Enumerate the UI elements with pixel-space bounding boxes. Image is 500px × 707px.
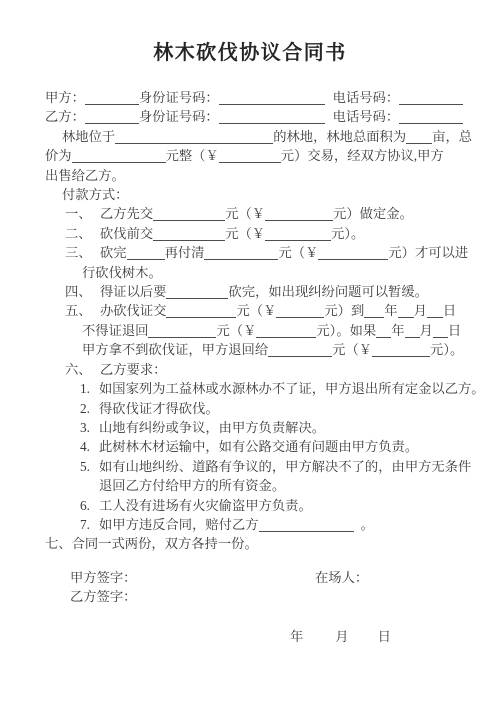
- clause-text: 砍完，如出现纠纷问题可以暂缓。: [228, 284, 427, 299]
- contract-page: 林木砍伐协议合同书 甲方：身份证号码：电话号码： 乙方：身份证号码：电话号码： …: [0, 0, 500, 707]
- month-blank: [398, 304, 414, 318]
- clause-text: 元（￥: [216, 323, 256, 338]
- return-amount-blank: [268, 343, 332, 357]
- item-text: 。: [361, 517, 374, 532]
- intro-text: 价为: [45, 148, 72, 163]
- refund-yuan-blank: [256, 324, 316, 338]
- intro-text: 元整（￥: [166, 148, 219, 163]
- clause-text: 元（￥: [225, 206, 265, 221]
- item-text: 工人没有进场有火灾偷盗甲方负责。: [99, 498, 312, 513]
- clause-text: 不得证退回: [82, 323, 148, 338]
- clause-text: 乙方先交: [100, 206, 153, 221]
- prefell-amount-blank: [153, 227, 225, 241]
- clause-6-heading: 六、乙方要求：: [45, 360, 466, 379]
- party-b-phone-blank: [399, 110, 463, 124]
- final-amount-blank: [204, 246, 278, 260]
- compensation-blank: [259, 518, 354, 532]
- signature-row-a: 甲方签字： 在场人：: [45, 568, 466, 587]
- price-yuan-blank: [219, 149, 281, 163]
- date-day-label: 日: [378, 627, 391, 646]
- item-text: 如甲方违反合同，赔付乙方: [99, 517, 259, 532]
- item-number: 2.: [80, 399, 99, 418]
- intro-text: 元）交易，经双方协议,甲方: [281, 148, 444, 163]
- payment-heading: 付款方式：: [45, 185, 466, 204]
- payment-heading-text: 付款方式：: [62, 187, 128, 202]
- item-text: 此树林木材运输中，如有公路交通有问题由甲方负责。: [99, 439, 418, 454]
- party-a-id-label: 身份证号码：: [139, 90, 219, 105]
- item-number: 1.: [80, 379, 99, 398]
- requirement-7: 7.如甲方违反合同，赔付乙方。: [45, 515, 466, 534]
- month-label: 月: [414, 303, 427, 318]
- date-year-label: 年: [290, 627, 303, 646]
- intro-text: 出售给乙方。: [45, 168, 125, 183]
- party-a-name-blank: [85, 91, 139, 105]
- clause-3-line-1: 三、砍完再付清元（￥元）才可以进: [45, 243, 466, 262]
- party-b-signature-label: 乙方签字：: [70, 589, 136, 604]
- clause-5-number: 五、: [65, 301, 100, 320]
- item-text: 如有山地纠纷、道路有争议的，甲方解决不了的，由甲方无条件: [99, 459, 471, 474]
- party-b-row: 乙方：身份证号码：电话号码：: [45, 107, 466, 126]
- clause-text: 甲方拿不到砍伐证，甲方退回给: [82, 342, 268, 357]
- clause-text: 元（￥: [332, 342, 372, 357]
- intro-text: 林地位于: [62, 129, 115, 144]
- clause-text: 元（￥: [236, 303, 276, 318]
- party-a-label: 甲方：: [45, 90, 85, 105]
- party-a-row: 甲方：身份证号码：电话号码：: [45, 88, 466, 107]
- item-number: 3.: [80, 418, 99, 437]
- clause-text: 行砍伐树木。: [82, 265, 162, 280]
- year-blank: [364, 304, 384, 318]
- clause-text: 元）做定金。: [333, 206, 413, 221]
- prefell-yuan-blank: [265, 227, 331, 241]
- requirement-5-line-2: 退回乙方付给甲方的所有资金。: [45, 476, 466, 495]
- return-yuan-blank: [372, 343, 430, 357]
- requirement-1: 1.如国家列为工益林或水源林办不了证，甲方退出所有定金以乙方。: [45, 379, 466, 398]
- clause-2: 二、砍伐前交元（￥元）。: [45, 224, 466, 243]
- clause-3-line-2: 行砍伐树木。: [45, 263, 466, 282]
- item-text: 得砍伐证才得砍伐。: [99, 401, 219, 416]
- intro-text: 的林地，林地总面积为: [273, 129, 406, 144]
- party-b-id-blank: [219, 110, 325, 124]
- requirement-2: 2.得砍伐证才得砍伐。: [45, 399, 466, 418]
- clause-1-number: 一、: [65, 204, 100, 223]
- clause-text: 砍伐前交: [100, 226, 153, 241]
- signature-row-b: 乙方签字：: [45, 587, 466, 606]
- day-label: 日: [448, 323, 461, 338]
- clause-text: 元）才可以进: [388, 245, 468, 260]
- clause-7-number: 七、: [45, 536, 72, 551]
- requirement-6: 6.工人没有进场有火灾偷盗甲方负责。: [45, 496, 466, 515]
- clause-5-line-3: 甲方拿不到砍伐证，甲方退回给元（￥元）。: [45, 340, 466, 359]
- date-line: 年月日: [45, 627, 466, 646]
- item-text: 如国家列为工益林或水源林办不了证，甲方退出所有定金以乙方。: [99, 381, 485, 396]
- clause-text: 乙方要求：: [100, 362, 166, 377]
- clause-5-line-1: 五、办砍伐证交元（￥元）到年月日: [45, 301, 466, 320]
- party-b-name-blank: [85, 110, 139, 124]
- party-a-signature-label: 甲方签字：: [70, 570, 136, 585]
- clause-text: 再付清: [165, 245, 205, 260]
- day-label: 日: [443, 303, 456, 318]
- document-title: 林木砍伐协议合同书: [0, 36, 500, 65]
- witness-label: 在场人：: [315, 568, 368, 587]
- party-b-label: 乙方：: [45, 109, 85, 124]
- clause-text: 砍完: [100, 245, 127, 260]
- requirement-5-line-1: 5.如有山地纠纷、道路有争议的，甲方解决不了的，由甲方无条件: [45, 457, 466, 476]
- clause-4-number: 四、: [65, 282, 100, 301]
- party-b-phone-label: 电话号码：: [333, 109, 399, 124]
- deposit-yuan-blank: [265, 207, 333, 221]
- deposit-amount-blank: [153, 207, 225, 221]
- clause-7: 七、合同一式两份，双方各持一份。: [45, 534, 466, 553]
- final-yuan-blank: [318, 246, 388, 260]
- clause-text: 合同一式两份，双方各持一份。: [72, 536, 258, 551]
- year-blank: [376, 324, 391, 338]
- intro-line-2: 价为元整（￥元）交易，经双方协议,甲方: [45, 146, 466, 165]
- clause-3-number: 三、: [65, 243, 100, 262]
- clause-text: 办砍伐证交: [100, 303, 166, 318]
- party-a-phone-label: 电话号码：: [333, 90, 399, 105]
- party-a-id-blank: [219, 91, 325, 105]
- item-text: 山地有纠纷或争议，由甲方负责解决。: [99, 420, 325, 435]
- contract-body: 甲方：身份证号码：电话号码： 乙方：身份证号码：电话号码： 林地位于的林地，林地…: [0, 65, 500, 646]
- item-text: 退回乙方付给甲方的所有资金。: [99, 478, 285, 493]
- clause-text: 元）。: [331, 226, 364, 241]
- clause-2-number: 二、: [65, 224, 100, 243]
- refund-amount-blank: [148, 324, 216, 338]
- price-blank: [72, 149, 166, 163]
- signature-block: 甲方签字： 在场人： 乙方签字：: [45, 568, 466, 607]
- month-blank: [405, 324, 420, 338]
- item-number: 6.: [80, 496, 99, 515]
- day-blank: [433, 324, 448, 338]
- day-blank: [427, 304, 443, 318]
- permit-amount-blank: [166, 304, 236, 318]
- clause-text: 元（￥: [278, 245, 318, 260]
- requirement-4: 4.此树林木材运输中，如有公路交通有问题由甲方负责。: [45, 437, 466, 456]
- year-label: 年: [384, 303, 397, 318]
- month-label: 月: [420, 323, 433, 338]
- item-number: 7.: [80, 515, 99, 534]
- intro-line-1: 林地位于的林地，林地总面积为亩，总: [45, 127, 466, 146]
- clause-text: 元（￥: [225, 226, 265, 241]
- fell-done-blank: [127, 246, 165, 260]
- intro-text: 亩，总: [432, 129, 472, 144]
- requirement-3: 3.山地有纠纷或争议，由甲方负责解决。: [45, 418, 466, 437]
- clause-6-number: 六、: [65, 360, 100, 379]
- clause-text: 得证以后要: [100, 284, 166, 299]
- party-a-phone-blank: [399, 91, 463, 105]
- clause-4: 四、得证以后要砍完，如出现纠纷问题可以暂缓。: [45, 282, 466, 301]
- area-blank: [406, 130, 432, 144]
- location-blank: [115, 130, 273, 144]
- item-number: 4.: [80, 437, 99, 456]
- clause-text: 元）到: [324, 303, 364, 318]
- clause-1: 一、乙方先交元（￥元）做定金。: [45, 204, 466, 223]
- item-number: 5.: [80, 457, 99, 476]
- clause-text: 元）。: [430, 342, 463, 357]
- party-b-id-label: 身份证号码：: [139, 109, 219, 124]
- clause-text: 元）。如果: [316, 323, 376, 338]
- deadline-blank: [166, 285, 228, 299]
- permit-yuan-blank: [276, 304, 324, 318]
- date-month-label: 月: [335, 627, 348, 646]
- year-label: 年: [391, 323, 404, 338]
- intro-line-3: 出售给乙方。: [45, 166, 466, 185]
- clause-5-line-2: 不得证退回元（￥元）。如果年月日: [45, 321, 466, 340]
